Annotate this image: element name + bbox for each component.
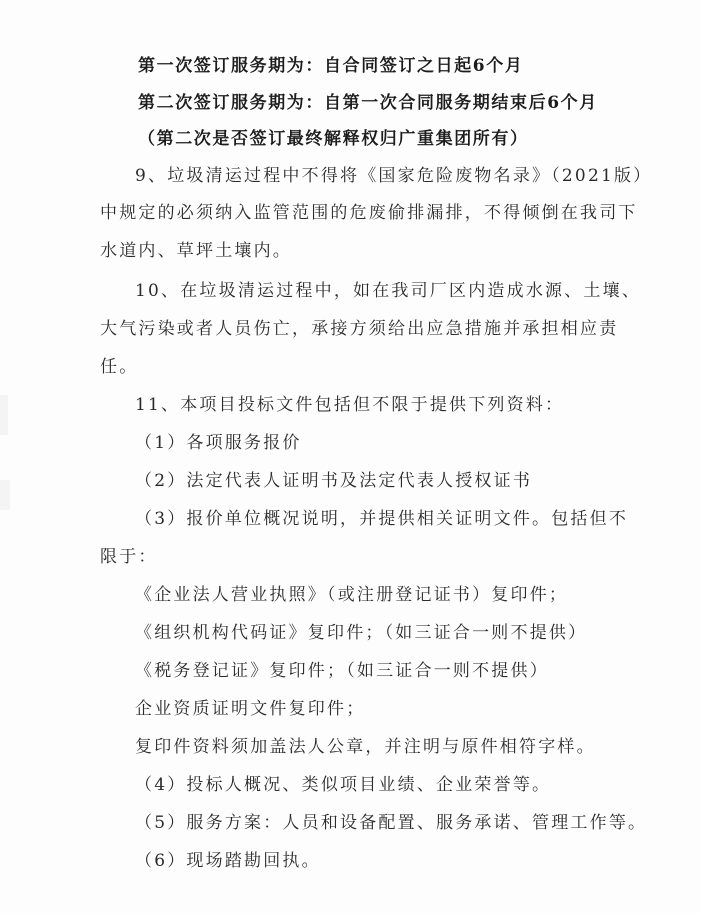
- document-text-line: 中规定的必须纳入监管范围的危废偷排漏排，不得倾倒在我司下: [100, 202, 638, 224]
- scanned-document-page: 第一次签订服务期为：自合同签订之日起6个月第二次签订服务期为：自第一次合同服务期…: [0, 0, 701, 913]
- document-text-line: 9、垃圾清运过程中不得将《国家危险废物名录》（2021版）: [135, 165, 652, 187]
- service-period-line: （第二次是否签订最终解释权归广重集团所有）: [138, 128, 529, 150]
- document-text-line: 10、在垃圾清运过程中，如在我司厂区内造成水源、土壤、: [135, 280, 641, 302]
- document-text-line: 《组织机构代码证》复印件；（如三证合一则不提供）: [135, 622, 587, 644]
- service-period-line: 第一次签订服务期为：自合同签订之日起6个月: [138, 55, 523, 77]
- document-text-line: 任。: [100, 356, 138, 378]
- document-text-line: （2）法定代表人证明书及法定代表人授权证书: [135, 470, 532, 492]
- document-text-line: （6）现场踏勘回执。: [135, 850, 321, 872]
- document-text-line: （5）服务方案：人员和设备配置、服务承诺、管理工作等。: [135, 812, 647, 834]
- document-text-line: 水道内、草坪土壤内。: [100, 240, 292, 262]
- scan-artifact: [0, 480, 10, 510]
- document-text-line: 大气污染或者人员伤亡，承接方须给出应急措施并承担相应责: [100, 318, 618, 340]
- document-text-line: 《税务登记证》复印件；（如三证合一则不提供）: [135, 660, 549, 682]
- service-period-line: 第二次签订服务期为：自第一次合同服务期结束后6个月: [138, 92, 598, 114]
- document-text-line: （1）各项服务报价: [135, 432, 302, 454]
- document-text-line: （3）报价单位概况说明，并提供相关证明文件。包括但不: [135, 508, 628, 530]
- document-text-line: 复印件资料须加盖法人公章，并注明与原件相符字样。: [135, 736, 596, 758]
- scan-artifact: [0, 395, 8, 435]
- document-text-line: 限于：: [100, 546, 158, 568]
- document-text-line: 企业资质证明文件复印件；: [135, 698, 365, 720]
- document-text-line: 11、本项目投标文件包括但不限于提供下列资料：: [135, 394, 564, 416]
- document-text-line: （4）投标人概况、类似项目业绩、企业荣誉等。: [135, 774, 551, 796]
- document-text-line: 《企业法人营业执照》（或注册登记证书）复印件；: [135, 584, 568, 606]
